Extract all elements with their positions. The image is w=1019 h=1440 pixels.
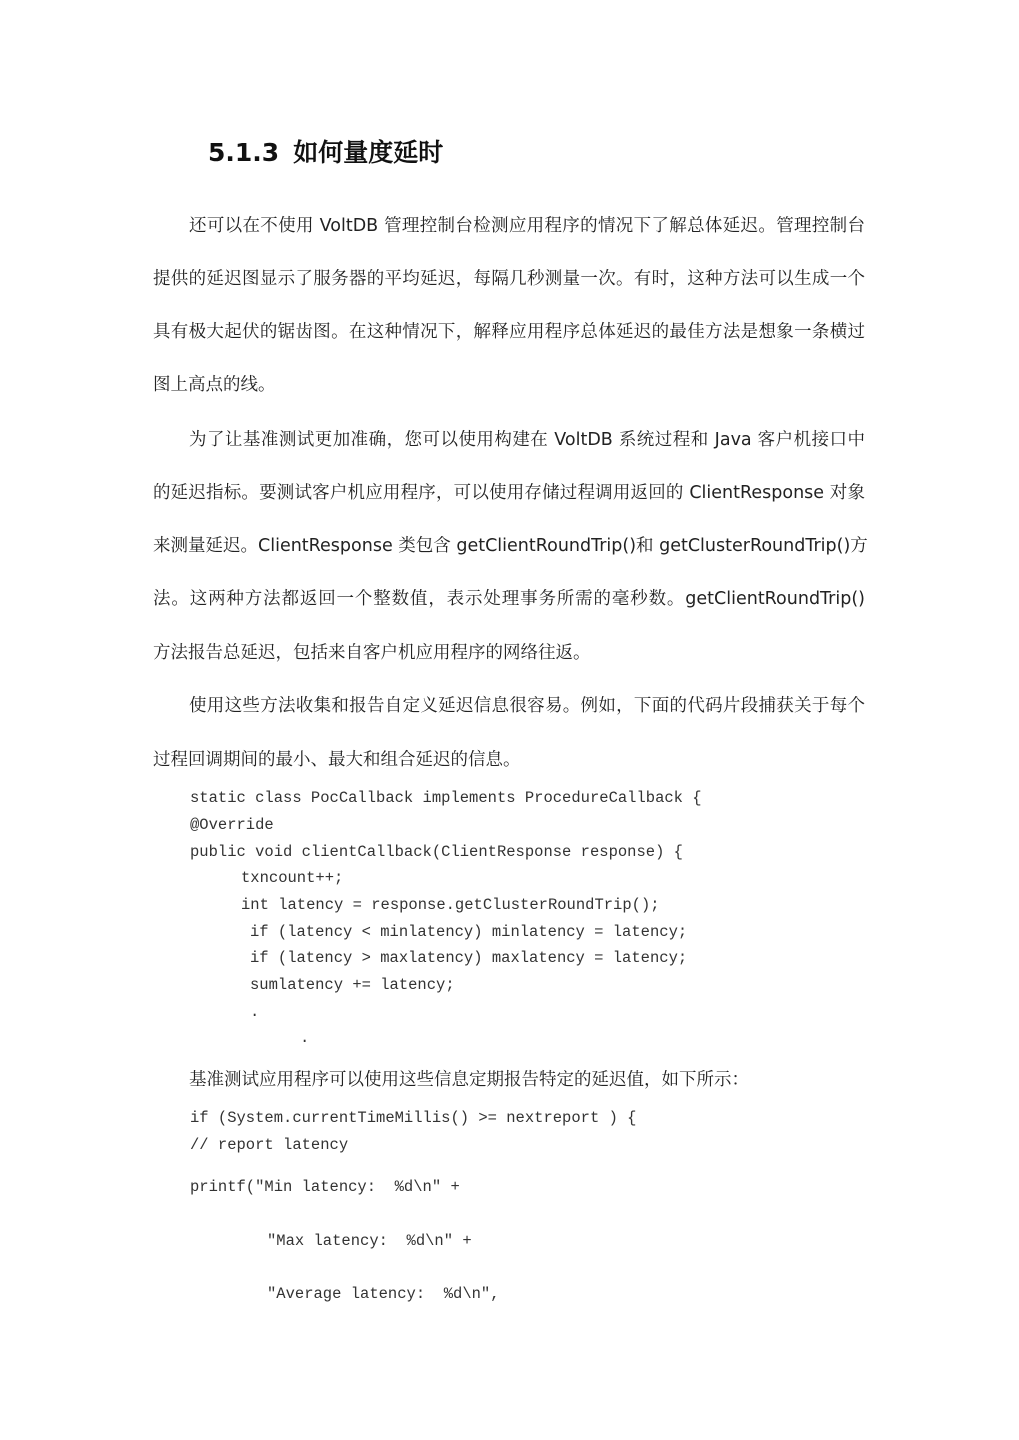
paragraph-1-line-4: 图上高点的线。 [153, 373, 865, 397]
code-line: "Max latency: %d\n" + [267, 1231, 472, 1251]
code-line: int latency = response.getClusterRoundTr… [241, 895, 660, 915]
paragraph-2-line-1: 为了让基准测试更加准确，您可以使用构建在 VoltDB 系统过程和 Java 客… [189, 428, 865, 452]
paragraph-2-line-3: 来测量延迟。ClientResponse 类包含 getClientRoundT… [153, 534, 865, 558]
section-number: 5.1.3 [208, 138, 279, 167]
paragraph-2-line-5: 方法报告总延迟，包括来自客户机应用程序的网络往返。 [153, 641, 865, 665]
document-page: 5.1.3如何量度延时 还可以在不使用 VoltDB 管理控制台检测应用程序的情… [0, 0, 1019, 1440]
code-line: if (latency > maxlatency) maxlatency = l… [250, 948, 687, 968]
section-heading: 5.1.3如何量度延时 [208, 133, 443, 169]
paragraph-1-line-2: 提供的延迟图显示了服务器的平均延迟，每隔几秒测量一次。有时，这种方法可以生成一个 [153, 267, 865, 291]
code-line: if (System.currentTimeMillis() >= nextre… [190, 1108, 636, 1128]
section-title: 如何量度延时 [293, 138, 443, 167]
code-line: "Average latency: %d\n", [267, 1284, 500, 1304]
paragraph-3-line-2: 过程回调期间的最小、最大和组合延迟的信息。 [153, 748, 865, 772]
paragraph-1-line-1: 还可以在不使用 VoltDB 管理控制台检测应用程序的情况下了解总体延迟。管理控… [189, 214, 865, 238]
code-line: if (latency < minlatency) minlatency = l… [250, 922, 687, 942]
code-line: @Override [190, 815, 274, 835]
code-line: // report latency [190, 1135, 348, 1155]
code-line: sumlatency += latency; [250, 975, 455, 995]
code-line: static class PocCallback implements Proc… [190, 788, 702, 808]
code-line: printf("Min latency: %d\n" + [190, 1177, 460, 1197]
paragraph-4-line-1: 基准测试应用程序可以使用这些信息定期报告特定的延迟值，如下所示： [189, 1068, 865, 1092]
paragraph-3-line-1: 使用这些方法收集和报告自定义延迟信息很容易。例如，下面的代码片段捕获关于每个 [189, 694, 865, 718]
code-line: . [250, 1002, 259, 1022]
code-line: . [300, 1028, 309, 1048]
paragraph-1-line-3: 具有极大起伏的锯齿图。在这种情况下，解释应用程序总体延迟的最佳方法是想象一条横过 [153, 320, 865, 344]
code-line: txncount++; [241, 868, 343, 888]
code-line: public void clientCallback(ClientRespons… [190, 842, 683, 862]
paragraph-2-line-2: 的延迟指标。要测试客户机应用程序，可以使用存储过程调用返回的 ClientRes… [153, 481, 865, 505]
paragraph-2-line-4: 法。这两种方法都返回一个整数值，表示处理事务所需的毫秒数。getClientRo… [153, 587, 865, 611]
